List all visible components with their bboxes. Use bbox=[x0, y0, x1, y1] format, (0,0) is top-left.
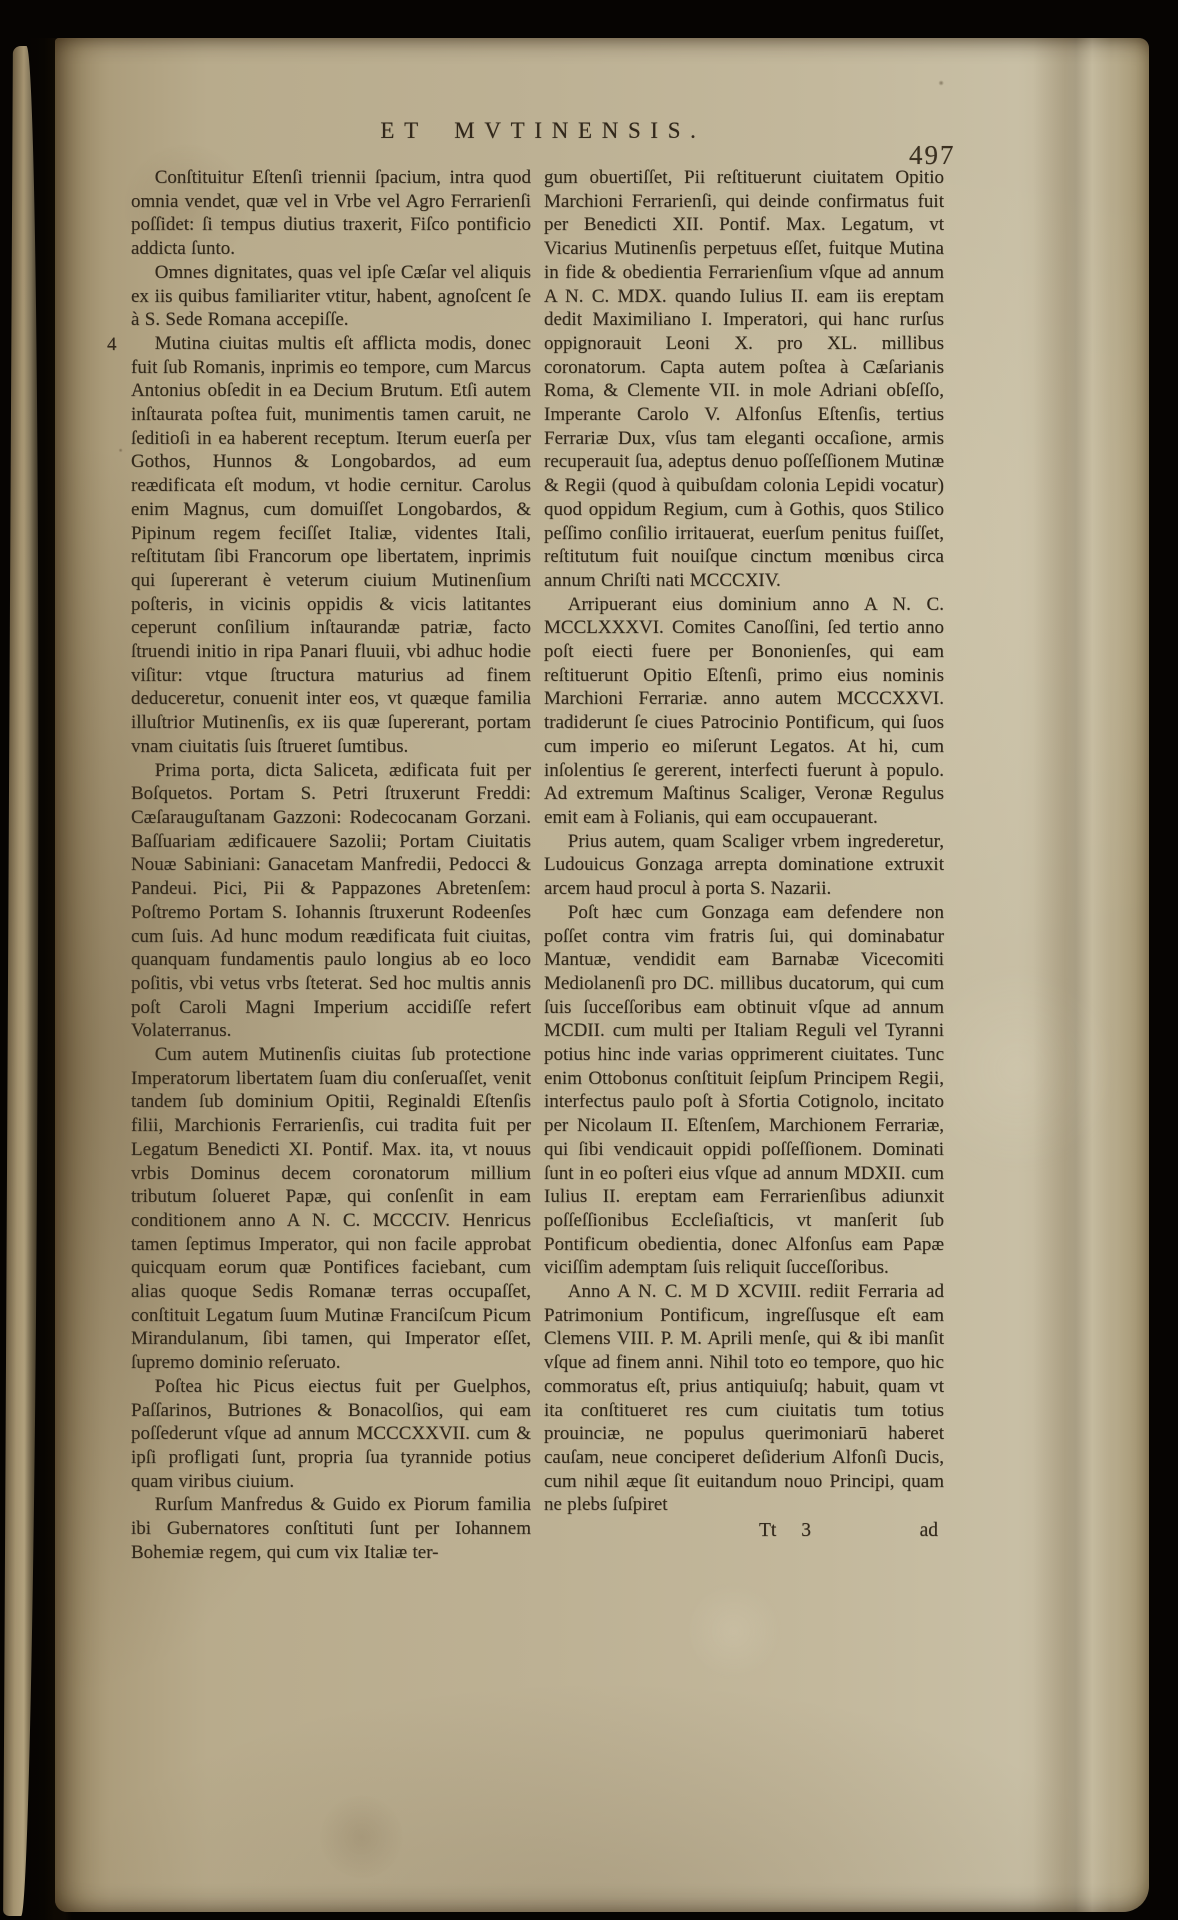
paragraph: Conſtituitur Eſtenſi triennii ſpacium, i… bbox=[131, 166, 531, 261]
paragraph: Arripuerant eius dominium anno A N. C. M… bbox=[544, 593, 944, 830]
margin-paragraph-number: 4 bbox=[107, 333, 117, 357]
scanned-book-page: ET MVTINENSIS. 497 Conſtituitur Eſtenſi … bbox=[0, 0, 1178, 1920]
catchword: ad bbox=[920, 1519, 938, 1543]
running-title: ET MVTINENSIS. bbox=[363, 118, 723, 144]
right-column: gum obuertiſſet, Pii reſtituerunt ciuita… bbox=[544, 166, 944, 1545]
colophon-row: Tt 3 ad bbox=[544, 1519, 944, 1545]
paragraph: Mutina ciuitas multis eſt afflicta modis… bbox=[131, 332, 531, 759]
paragraph: Anno A N. C. M D XCVIII. rediit Ferraria… bbox=[544, 1280, 944, 1517]
paper-fold-shading bbox=[1033, 38, 1111, 1912]
paragraph: Prima porta, dicta Saliceta, ædificata f… bbox=[131, 759, 531, 1043]
paragraph: gum obuertiſſet, Pii reſtituerunt ciuita… bbox=[544, 166, 944, 593]
signature-mark: Tt 3 bbox=[759, 1519, 811, 1543]
left-column: Conſtituitur Eſtenſi triennii ſpacium, i… bbox=[131, 166, 531, 1564]
paragraph-wrap: 4 Mutina ciuitas multis eſt afflicta mod… bbox=[131, 332, 531, 759]
book-paper: ET MVTINENSIS. 497 Conſtituitur Eſtenſi … bbox=[55, 38, 1149, 1912]
paragraph: Poſtea hic Picus eiectus fuit per Guelph… bbox=[131, 1375, 531, 1494]
paragraph: Omnes dignitates, quas vel ipſe Cæſar ve… bbox=[131, 261, 531, 332]
paragraph: Prius autem, quam Scaliger vrbem ingrede… bbox=[544, 830, 944, 901]
paragraph: Poſt hæc cum Gonzaga eam defendere non p… bbox=[544, 901, 944, 1280]
paragraph: Cum autem Mutinenſis ciuitas ſub protect… bbox=[131, 1043, 531, 1375]
paragraph: Rurſum Manfredus & Guido ex Piorum famil… bbox=[131, 1493, 531, 1564]
